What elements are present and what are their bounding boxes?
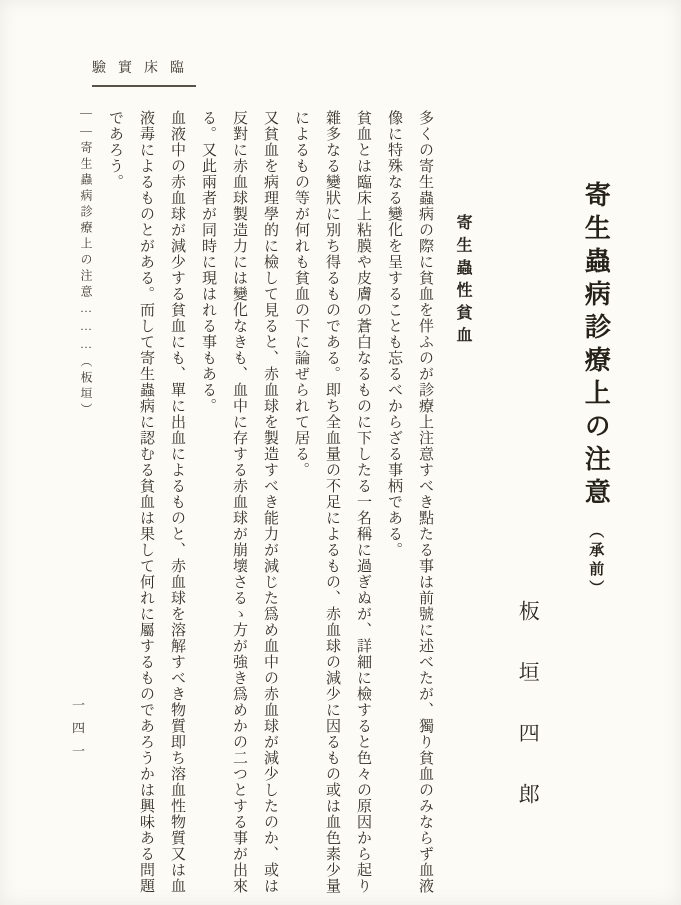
article-title-continuation-note: （承前） — [586, 523, 604, 599]
body-paragraph-3: 又貧血を病理學的に檢して見ると、赤血球を製造すべき能力が減じた爲め血中の赤血球が… — [192, 110, 285, 896]
body-paragraph-4: 血液中の赤血球が減少する貧血にも、單に出血によるものと、赤血球を溶解すべき物質即… — [99, 110, 192, 896]
article-body: 多くの寄生蟲病の際に貧血を伴ふのが診療上注意すべき點たる事は前號に述べたが、獨り… — [99, 110, 440, 896]
page-number: 一四一 — [68, 698, 87, 767]
article-title: 寄生蟲病診療上の注意（承前） — [580, 181, 611, 599]
body-paragraph-1: 多くの寄生蟲病の際に貧血を伴ふのが診療上注意すべき點たる事は前號に述べたが、獨り… — [378, 110, 440, 896]
author-name: 板垣四郎 — [515, 600, 540, 844]
margin-running-title: ——寄生蟲病診療上の注意………（板垣） — [78, 105, 95, 419]
scanned-journal-page: 驗實床臨 ——寄生蟲病診療上の注意………（板垣） 一四一 寄生蟲病診療上の注意（… — [0, 0, 681, 905]
article-title-text: 寄生蟲病診療上の注意 — [581, 181, 610, 511]
body-paragraph-2: 貧血とは臨床上粘膜や皮膚の蒼白なるものに下したる一名稱に過ぎぬが、詳細に檢すると… — [285, 110, 378, 896]
journal-column-header: 驗實床臨 — [92, 57, 196, 87]
section-heading: 寄生蟲性貧血 — [451, 214, 474, 349]
